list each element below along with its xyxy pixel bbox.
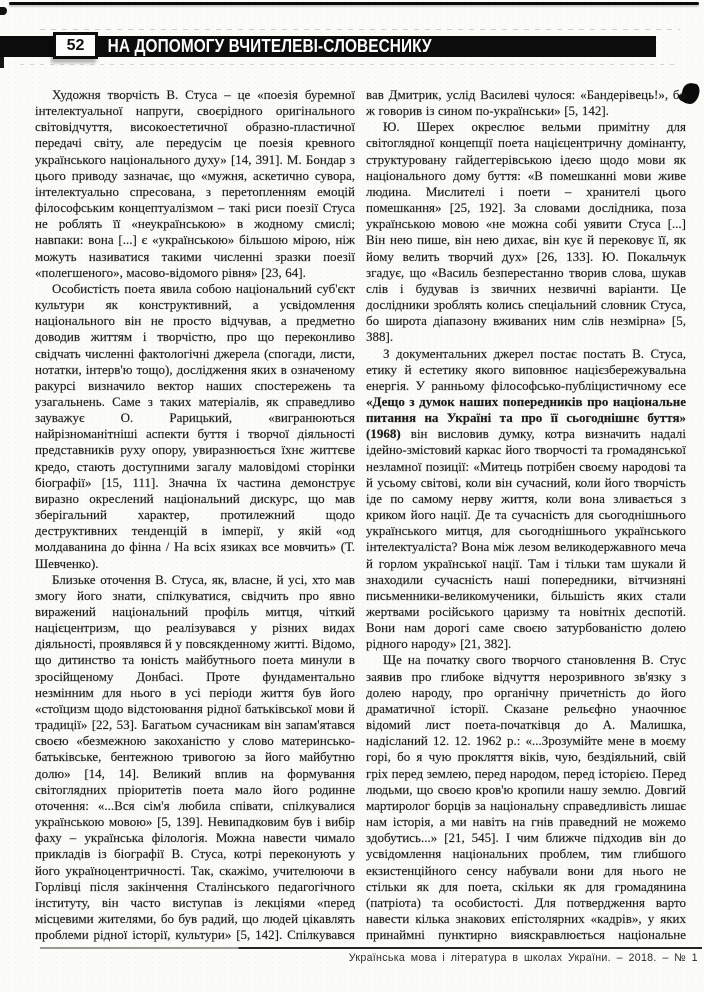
paragraph-5-lead: З документальних джерел постає постать В… <box>366 346 686 393</box>
paragraph-1: Художня творчість В. Стуса – це «поезія … <box>35 87 355 281</box>
paragraph-2: Особистість поета явила собою національн… <box>35 281 355 572</box>
column-right: вав Дмитрик, услід Василеві чулося: «Бан… <box>366 87 686 945</box>
page-number: 52 <box>67 37 85 55</box>
footer-rule <box>40 947 702 949</box>
article-body: Художня творчість В. Стуса – це «поезія … <box>35 87 686 945</box>
paragraph-6: Ще на початку свого творчого становлення… <box>366 652 686 945</box>
journal-citation: Українська мова і література в школах Ук… <box>349 952 698 964</box>
column-left: Художня творчість В. Стуса – це «поезія … <box>35 87 355 945</box>
header-bar: НА ДОПОМОГУ ВЧИТЕЛЕВІ-СЛОВЕСНИКУ <box>98 36 656 57</box>
paragraph-5-rest: він висловив думку, котра визначить нада… <box>366 426 686 651</box>
section-title: НА ДОПОМОГУ ВЧИТЕЛЕВІ-СЛОВЕСНИКУ <box>98 36 432 58</box>
scan-artifact-mark <box>0 7 7 15</box>
scan-noise-line <box>40 29 680 30</box>
paragraph-3-continued: вав Дмитрик, услід Василеві чулося: «Бан… <box>366 87 686 119</box>
paragraph-4: Ю. Шерех окреслює вельми примітну для св… <box>366 119 686 345</box>
header-bar-left-segment <box>0 36 53 57</box>
journal-page-scan: 52 НА ДОПОМОГУ ВЧИТЕЛЕВІ-СЛОВЕСНИКУ Худо… <box>0 0 704 992</box>
page-number-box: 52 <box>53 32 98 59</box>
scan-noise-line <box>20 64 680 65</box>
paragraph-5: З документальних джерел постає постать В… <box>366 346 686 653</box>
paragraph-3: Близьке оточення В. Стуса, як, власне, й… <box>35 572 355 945</box>
scan-edge-line <box>9 2 699 5</box>
